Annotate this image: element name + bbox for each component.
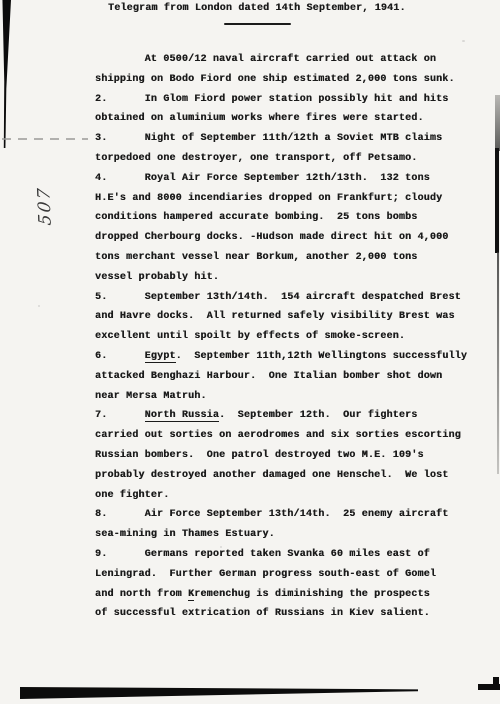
document-line: 3. Night of September 11th/12th a Soviet…	[95, 129, 467, 149]
document-line: carried out sorties on aerodromes and si…	[95, 426, 467, 446]
title-underline-rule	[224, 23, 291, 25]
paper-speck	[462, 40, 465, 42]
document-line: 5. September 13th/14th. 154 aircraft des…	[95, 288, 467, 308]
document-line: probably destroyed another damaged one H…	[95, 466, 467, 486]
paper-speck	[220, 546, 222, 548]
document-line: H.E's and 8000 incendiaries dropped on F…	[95, 189, 467, 209]
scan-artifact-bottom-right-tick	[493, 677, 499, 686]
scan-artifact-bottom-wedge	[20, 686, 418, 699]
scan-artifact-right-edge-thin	[497, 252, 499, 474]
document-line: of successful extrication of Russians in…	[95, 604, 467, 624]
document-line: attacked Benghazi Harbour. One Italian b…	[95, 367, 467, 387]
scan-artifact-right-edge-gray	[495, 95, 500, 151]
document-line: 7. North Russia. September 12th. Our fig…	[95, 406, 467, 426]
document-line: Russian bombers. One patrol destroyed tw…	[95, 446, 467, 466]
document-line: near Mersa Matruh.	[95, 387, 467, 407]
paper-speck	[293, 131, 296, 133]
document-line: excellent until spoilt by effects of smo…	[95, 327, 467, 347]
document-lines: At 0500/12 naval aircraft carried out at…	[95, 50, 467, 624]
document-line: one fighter.	[95, 486, 467, 506]
document-line: tons merchant vessel near Borkum, anothe…	[95, 248, 467, 268]
document-line: conditions hampered accurate bombing. 25…	[95, 208, 467, 228]
scanned-document-page: Telegram from London dated 14th Septembe…	[0, 0, 500, 704]
document-line: 4. Royal Air Force September 12th/13th. …	[95, 169, 467, 189]
document-line: and Havre docks. All returned safely vis…	[95, 307, 467, 327]
document-line: 2. In Glom Fiord power station possibly …	[95, 90, 467, 110]
document-line: dropped Cherbourg docks. -Hudson made di…	[95, 228, 467, 248]
handwritten-margin-note: 507	[34, 168, 57, 244]
document-line: 9. Germans reported taken Svanka 60 mile…	[95, 545, 467, 565]
document-line: At 0500/12 naval aircraft carried out at…	[95, 50, 467, 70]
document-line: Leningrad. Further German progress south…	[95, 565, 467, 585]
document-line: shipping on Bodo Fiord one ship estimate…	[95, 70, 467, 90]
paper-speck	[38, 305, 40, 307]
scan-artifact-right-edge-black	[495, 148, 499, 253]
document-line: vessel probably hit.	[95, 268, 467, 288]
document-line: obtained on aluminium works where fires …	[95, 109, 467, 129]
scan-artifact-left-edge	[2, 0, 11, 148]
document-line: torpedoed one destroyer, one transport, …	[95, 149, 467, 169]
document-line: sea-mining in Thames Estuary.	[95, 525, 467, 545]
document-line: 6. Egypt. September 11th,12th Wellington…	[95, 347, 467, 367]
document-title: Telegram from London dated 14th Septembe…	[108, 3, 406, 14]
margin-dashed-line	[2, 138, 88, 140]
document-line: 8. Air Force September 13th/14th. 25 ene…	[95, 505, 467, 525]
document-line: and north from Kremenchug is diminishing…	[95, 585, 467, 605]
